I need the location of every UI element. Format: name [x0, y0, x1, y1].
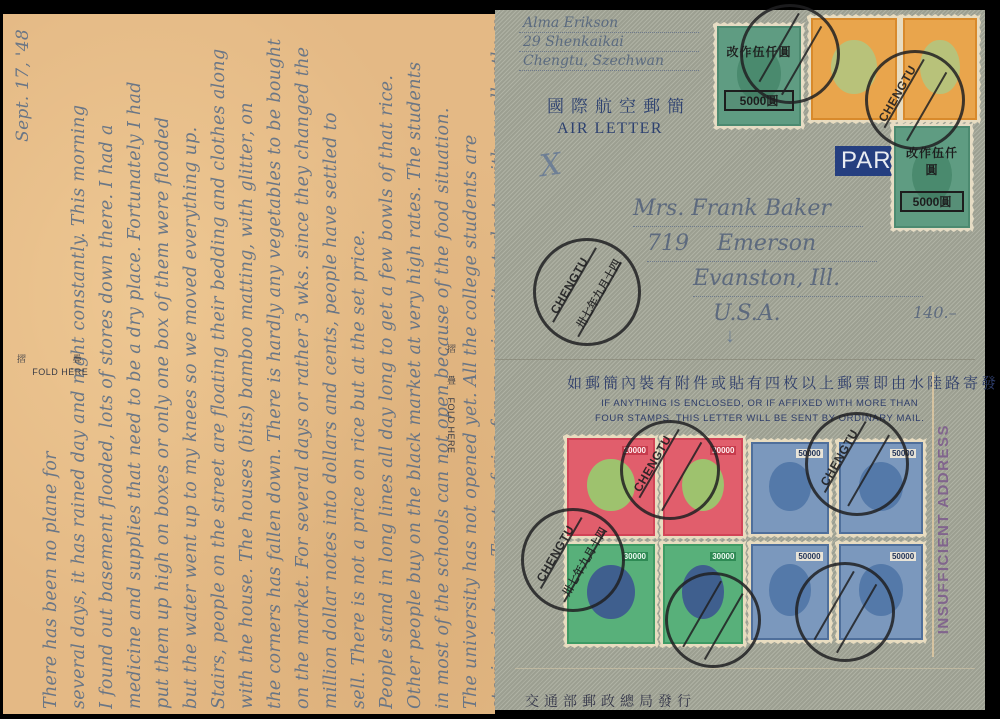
rate-note: 140.–: [913, 303, 957, 322]
fold-here-en: FOLD HERE: [446, 398, 456, 454]
letter-line: staying in town. Tracts of rice for an u…: [485, 19, 495, 709]
insufficient-address-handstamp: INSUFFICIENT ADDRESS: [935, 424, 952, 634]
letter-page: Sept. 17, '48 There has been no plane fo…: [3, 14, 495, 714]
sender-city: Chengtu, Szechwan: [519, 52, 699, 71]
recipient-country: U.S.A.: [713, 297, 943, 331]
par-avion-label: PAR: [835, 146, 895, 176]
postmark-chengtu: [665, 572, 761, 668]
letter-line: on the market. For several days or rathe…: [289, 19, 317, 709]
postmark-chengtu: CHENGTU 卅七年九月十四: [521, 508, 625, 612]
letter-line: with the house. The houses (bits) bamboo…: [233, 19, 261, 709]
recipient-city: Evanston, Ill.: [693, 262, 923, 297]
recipient-street: Emerson: [717, 231, 816, 256]
letter-line: the corners has fallen down. There is ha…: [261, 19, 289, 709]
letter-line: The university has not opened yet. All t…: [457, 19, 485, 709]
pencil-cross-mark: X: [538, 147, 564, 185]
letter-line: sell. There is not a price on rice but a…: [345, 19, 373, 709]
sender-name: Alma Erikson: [519, 14, 699, 33]
air-letter-title-cjk: 國際航空郵簡: [547, 92, 691, 117]
postmark-chengtu: CHENGTU: [805, 412, 909, 516]
letter-line: Stairs, people on the street are floatin…: [205, 19, 233, 709]
bottom-flap: 交通部郵政總局發行: [515, 668, 975, 708]
back-panel: 如郵簡內裝有附件或貼有四枚以上郵票即由水陸路寄發 IF ANYTHING IS …: [495, 362, 985, 662]
letter-line: but the water went up to my knees so we …: [177, 19, 205, 709]
arrow-down-icon: ↓: [725, 325, 735, 348]
postmark-chengtu: [740, 4, 840, 104]
postmark-chengtu: [795, 562, 895, 662]
address-panel: Alma Erikson 29 Shenkaikai Chengtu, Szec…: [495, 10, 975, 360]
postmark-chengtu: CHENGTU: [620, 420, 720, 520]
issuer-imprint: 交通部郵政總局發行: [525, 691, 696, 711]
recipient-street-line: 719 Emerson: [647, 227, 877, 262]
fold-here-cjk: 摺 疊: [17, 352, 104, 365]
letter-line: medicine and supplies that need to be a …: [121, 19, 149, 709]
letter-line: People stand in long lines all day long …: [373, 19, 401, 709]
postmark-chengtu: CHENGTU: [865, 50, 965, 150]
notice-cjk: 如郵簡內裝有附件或貼有四枚以上郵票即由水陸路寄發: [567, 372, 999, 393]
postmark-chengtu: CHENGTU 卅七年九月十四: [533, 238, 641, 346]
fold-here-cjk: 摺 疊: [446, 344, 456, 395]
air-letter-sheet: Alma Erikson 29 Shenkaikai Chengtu, Szec…: [495, 10, 985, 710]
recipient-street-number: 719: [647, 231, 689, 256]
fold-here-label: 摺 疊 FOLD HERE: [17, 352, 104, 377]
recipient-name: Mrs. Frank Baker: [633, 192, 863, 227]
letter-line: put them up high on boxes or only one bo…: [149, 19, 177, 709]
air-letter-title: AIR LETTER: [557, 120, 663, 138]
sender-street: 29 Shenkaikai: [519, 33, 699, 52]
fold-line: [932, 372, 934, 657]
letter-line: million dollar notes into dollars and ce…: [317, 19, 345, 709]
fold-here-en: FOLD HERE: [32, 367, 88, 377]
sender-address: Alma Erikson 29 Shenkaikai Chengtu, Szec…: [519, 14, 699, 71]
fold-here-label-vertical: 摺 疊 FOLD HERE: [445, 344, 458, 454]
letter-line: Other people buy on the black market at …: [401, 19, 429, 709]
